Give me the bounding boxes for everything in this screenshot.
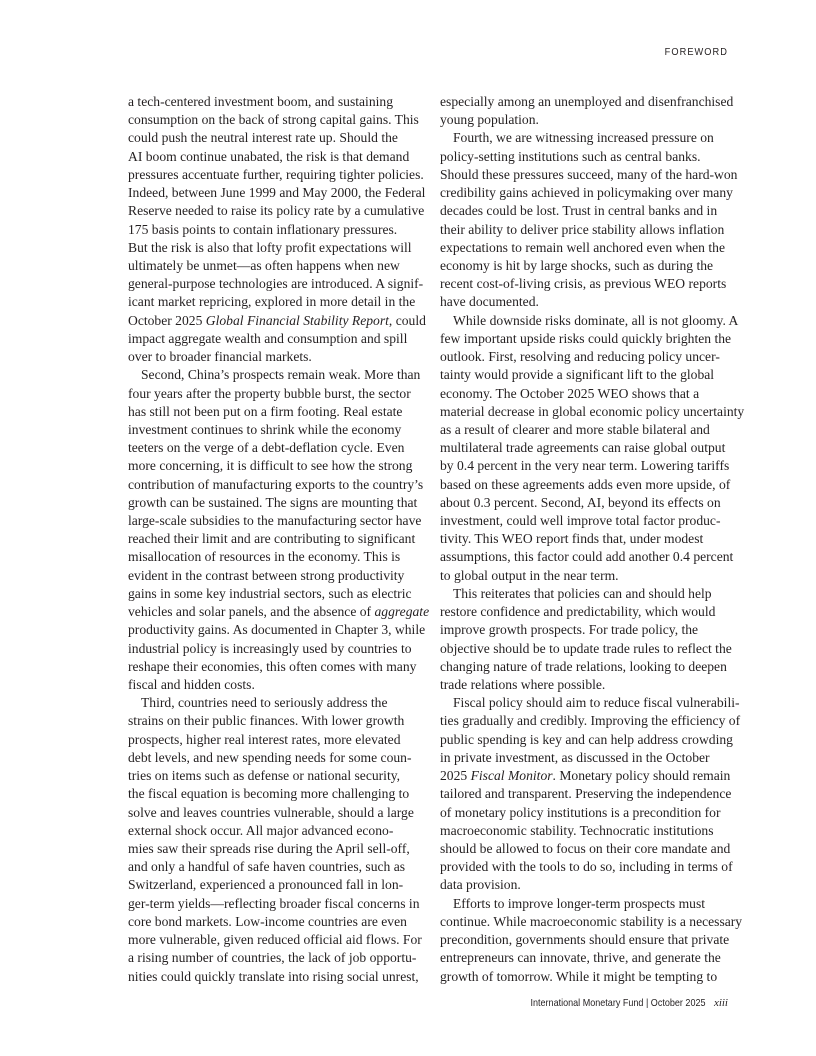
text-run: their ability to deliver price stability… — [440, 222, 724, 237]
text-line: should be allowed to focus on their core… — [440, 840, 740, 858]
text-line: vehicles and solar panels, and the absen… — [128, 603, 428, 621]
text-line: But the risk is also that lofty profit e… — [128, 239, 428, 257]
text-line: tries on items such as defense or nation… — [128, 767, 428, 785]
text-run: misallocation of resources in the econom… — [128, 549, 400, 564]
text-run: , could — [389, 313, 426, 328]
text-run: Fourth, we are witnessing increased pres… — [453, 130, 714, 145]
text-run: Should these pressures succeed, many of … — [440, 167, 737, 182]
text-run: few important upside risks could quickly… — [440, 331, 731, 346]
text-run: reached their limit and are contributing… — [128, 531, 415, 546]
text-run: should be allowed to focus on their core… — [440, 841, 730, 856]
text-line: prospects, higher real interest rates, m… — [128, 731, 428, 749]
text-line: changing nature of trade relations, look… — [440, 658, 740, 676]
text-run: multilateral trade agreements can raise … — [440, 440, 725, 455]
text-line: Indeed, between June 1999 and May 2000, … — [128, 184, 428, 202]
text-run: of monetary policy institutions is a pre… — [440, 805, 721, 820]
text-run: decades could be lost. Trust in central … — [440, 203, 717, 218]
text-line: productivity gains. As documented in Cha… — [128, 621, 428, 639]
text-run: outlook. First, resolving and reducing p… — [440, 349, 720, 364]
text-line: tainty would provide a significant lift … — [440, 366, 740, 384]
text-run: impact aggregate wealth and consumption … — [128, 331, 407, 346]
text-run: macroeconomic stability. Technocratic in… — [440, 823, 714, 838]
text-line: ties gradually and credibly. Improving t… — [440, 712, 740, 730]
text-line: nities could quickly translate into risi… — [128, 968, 428, 986]
text-line: Third, countries need to seriously addre… — [128, 694, 428, 712]
text-line: 175 basis points to contain inflationary… — [128, 221, 428, 239]
text-line: young population. — [440, 111, 740, 129]
text-run: Second, China’s prospects remain weak. M… — [141, 367, 420, 382]
text-line: public spending is key and can help addr… — [440, 731, 740, 749]
text-run: trade relations where possible. — [440, 677, 605, 692]
text-run: ultimately be unmet—as often happens whe… — [128, 258, 400, 273]
text-line: a rising number of countries, the lack o… — [128, 949, 428, 967]
text-line: objective should be to update trade rule… — [440, 640, 740, 658]
text-run: economy. The October 2025 WEO shows that… — [440, 386, 699, 401]
text-line: more concerning, it is difficult to see … — [128, 457, 428, 475]
text-run: have documented. — [440, 294, 539, 309]
body-column-left: a tech-centered investment boom, and sus… — [128, 93, 428, 986]
text-run: mies saw their spreads rise during the A… — [128, 841, 410, 856]
text-run: consumption on the back of strong capita… — [128, 112, 419, 127]
text-run: as a result of clearer and more stable b… — [440, 422, 710, 437]
text-run: growth can be sustained. The signs are m… — [128, 495, 417, 510]
text-run: based on these agreements adds even more… — [440, 477, 730, 492]
text-run: debt levels, and new spending needs for … — [128, 750, 412, 765]
text-run: prospects, higher real interest rates, m… — [128, 732, 401, 747]
text-line: Fiscal policy should aim to reduce fisca… — [440, 694, 740, 712]
text-line: as a result of clearer and more stable b… — [440, 421, 740, 439]
text-run: over to broader financial markets. — [128, 349, 312, 364]
text-line: Fourth, we are witnessing increased pres… — [440, 129, 740, 147]
text-run: precondition, governments should ensure … — [440, 932, 729, 947]
text-run: tailored and transparent. Preserving the… — [440, 786, 731, 801]
text-line: evident in the contrast between strong p… — [128, 567, 428, 585]
text-run: in private investment, as discussed in t… — [440, 750, 710, 765]
text-run: young population. — [440, 112, 539, 127]
text-line: about 0.3 percent. Second, AI, beyond it… — [440, 494, 740, 512]
text-line: 2025 Fiscal Monitor. Monetary policy sho… — [440, 767, 740, 785]
text-run: tries on items such as defense or nation… — [128, 768, 400, 783]
text-line: tivity. This WEO report finds that, unde… — [440, 530, 740, 548]
text-run: strains on their public finances. With l… — [128, 713, 404, 728]
text-line: Efforts to improve longer-term prospects… — [440, 895, 740, 913]
text-line: assumptions, this factor could add anoth… — [440, 548, 740, 566]
text-line: AI boom continue unabated, the risk is t… — [128, 148, 428, 166]
text-line: reached their limit and are contributing… — [128, 530, 428, 548]
text-line: a tech-centered investment boom, and sus… — [128, 93, 428, 111]
text-run: nities could quickly translate into risi… — [128, 969, 419, 984]
text-run: assumptions, this factor could add anoth… — [440, 549, 733, 564]
text-line: improve growth prospects. For trade poli… — [440, 621, 740, 639]
text-run: has still not been put on a firm footing… — [128, 404, 402, 419]
text-run: industrial policy is increasingly used b… — [128, 641, 412, 656]
text-line: more vulnerable, given reduced official … — [128, 931, 428, 949]
italic-title: aggregate — [374, 604, 429, 619]
text-run: more concerning, it is difficult to see … — [128, 458, 412, 473]
text-run: to global output in the near term. — [440, 568, 619, 583]
text-run: tivity. This WEO report finds that, unde… — [440, 531, 703, 546]
text-line: and only a handful of safe haven countri… — [128, 858, 428, 876]
text-line: Second, China’s prospects remain weak. M… — [128, 366, 428, 384]
text-run: credibility gains achieved in policymaki… — [440, 185, 733, 200]
text-run: public spending is key and can help addr… — [440, 732, 733, 747]
text-run: four years after the property bubble bur… — [128, 386, 411, 401]
text-line: This reiterates that policies can and sh… — [440, 585, 740, 603]
text-run: provided with the tools to do so, includ… — [440, 859, 733, 874]
text-run: especially among an unemployed and disen… — [440, 94, 733, 109]
text-line: core bond markets. Low-income countries … — [128, 913, 428, 931]
text-line: especially among an unemployed and disen… — [440, 93, 740, 111]
text-line: Reserve needed to raise its policy rate … — [128, 202, 428, 220]
page-number: xiii — [714, 997, 728, 1009]
text-run: a tech-centered investment boom, and sus… — [128, 94, 393, 109]
text-run: 2025 — [440, 768, 471, 783]
footer-source: International Monetary Fund | October 20… — [531, 997, 706, 1009]
text-run: pressures accentuate further, requiring … — [128, 167, 424, 182]
text-line: October 2025 Global Financial Stability … — [128, 312, 428, 330]
text-line: material decrease in global economic pol… — [440, 403, 740, 421]
text-run: material decrease in global economic pol… — [440, 404, 744, 419]
text-run: teeters on the verge of a debt-deflation… — [128, 440, 404, 455]
text-line: credibility gains achieved in policymaki… — [440, 184, 740, 202]
text-run: Switzerland, experienced a pronounced fa… — [128, 877, 403, 892]
text-line: entrepreneurs can innovate, thrive, and … — [440, 949, 740, 967]
text-run: fiscal and hidden costs. — [128, 677, 255, 692]
text-line: Should these pressures succeed, many of … — [440, 166, 740, 184]
text-line: industrial policy is increasingly used b… — [128, 640, 428, 658]
text-line: misallocation of resources in the econom… — [128, 548, 428, 566]
text-run: expectations to remain well anchored eve… — [440, 240, 725, 255]
text-line: While downside risks dominate, all is no… — [440, 312, 740, 330]
text-run: ger-term yields—reflecting broader fisca… — [128, 896, 420, 911]
text-line: restore confidence and predictability, w… — [440, 603, 740, 621]
text-line: trade relations where possible. — [440, 676, 740, 694]
text-run: . Monetary policy should remain — [553, 768, 731, 783]
text-run: a rising number of countries, the lack o… — [128, 950, 416, 965]
text-run: investment, could well improve total fac… — [440, 513, 720, 528]
text-run: core bond markets. Low-income countries … — [128, 914, 407, 929]
text-run: policy-setting institutions such as cent… — [440, 149, 701, 164]
text-line: consumption on the back of strong capita… — [128, 111, 428, 129]
text-line: large-scale subsidies to the manufacturi… — [128, 512, 428, 530]
text-line: fiscal and hidden costs. — [128, 676, 428, 694]
text-run: general-purpose technologies are introdu… — [128, 276, 423, 291]
text-run: improve growth prospects. For trade poli… — [440, 622, 698, 637]
text-line: growth can be sustained. The signs are m… — [128, 494, 428, 512]
text-line: Switzerland, experienced a pronounced fa… — [128, 876, 428, 894]
text-run: data provision. — [440, 877, 521, 892]
text-line: decades could be lost. Trust in central … — [440, 202, 740, 220]
text-line: policy-setting institutions such as cent… — [440, 148, 740, 166]
text-run: about 0.3 percent. Second, AI, beyond it… — [440, 495, 721, 510]
text-line: solve and leaves countries vulnerable, s… — [128, 804, 428, 822]
text-line: multilateral trade agreements can raise … — [440, 439, 740, 457]
text-run: restore confidence and predictability, w… — [440, 604, 715, 619]
text-run: vehicles and solar panels, and the absen… — [128, 604, 374, 619]
text-run: more vulnerable, given reduced official … — [128, 932, 422, 947]
text-line: strains on their public finances. With l… — [128, 712, 428, 730]
text-line: teeters on the verge of a debt-deflation… — [128, 439, 428, 457]
text-run: productivity gains. As documented in Cha… — [128, 622, 425, 637]
text-line: debt levels, and new spending needs for … — [128, 749, 428, 767]
text-run: gains in some key industrial sectors, su… — [128, 586, 412, 601]
text-run: the fiscal equation is becoming more cha… — [128, 786, 409, 801]
text-line: could push the neutral interest rate up.… — [128, 129, 428, 147]
text-line: economy. The October 2025 WEO shows that… — [440, 385, 740, 403]
text-run: by 0.4 percent in the very near term. Lo… — [440, 458, 729, 473]
text-line: economy is hit by large shocks, such as … — [440, 257, 740, 275]
body-column-right: especially among an unemployed and disen… — [440, 93, 740, 986]
text-line: macroeconomic stability. Technocratic in… — [440, 822, 740, 840]
text-line: have documented. — [440, 293, 740, 311]
text-run: Third, countries need to seriously addre… — [141, 695, 388, 710]
text-run: recent cost-of-living crisis, as previou… — [440, 276, 726, 291]
text-run: investment continues to shrink while the… — [128, 422, 401, 437]
text-line: growth of tomorrow. While it might be te… — [440, 968, 740, 986]
text-line: to global output in the near term. — [440, 567, 740, 585]
text-run: and only a handful of safe haven countri… — [128, 859, 405, 874]
text-run: growth of tomorrow. While it might be te… — [440, 969, 717, 984]
italic-title: Global Financial Stability Report — [206, 313, 389, 328]
text-line: precondition, governments should ensure … — [440, 931, 740, 949]
text-run: tainty would provide a significant lift … — [440, 367, 714, 382]
text-line: of monetary policy institutions is a pre… — [440, 804, 740, 822]
text-line: general-purpose technologies are introdu… — [128, 275, 428, 293]
text-run: economy is hit by large shocks, such as … — [440, 258, 713, 273]
text-line: pressures accentuate further, requiring … — [128, 166, 428, 184]
text-run: ties gradually and credibly. Improving t… — [440, 713, 740, 728]
text-run: objective should be to update trade rule… — [440, 641, 732, 656]
text-run: could push the neutral interest rate up.… — [128, 130, 398, 145]
italic-title: Fiscal Monitor — [471, 768, 553, 783]
section-header: FOREWORD — [665, 46, 728, 58]
text-line: outlook. First, resolving and reducing p… — [440, 348, 740, 366]
text-line: continue. While macroeconomic stability … — [440, 913, 740, 931]
text-line: impact aggregate wealth and consumption … — [128, 330, 428, 348]
text-line: tailored and transparent. Preserving the… — [440, 785, 740, 803]
text-line: the fiscal equation is becoming more cha… — [128, 785, 428, 803]
text-run: Indeed, between June 1999 and May 2000, … — [128, 185, 425, 200]
text-run: entrepreneurs can innovate, thrive, and … — [440, 950, 721, 965]
text-run: evident in the contrast between strong p… — [128, 568, 404, 583]
text-line: reshape their economies, this often come… — [128, 658, 428, 676]
text-line: investment continues to shrink while the… — [128, 421, 428, 439]
text-line: investment, could well improve total fac… — [440, 512, 740, 530]
text-run: continue. While macroeconomic stability … — [440, 914, 742, 929]
text-run: October 2025 — [128, 313, 206, 328]
text-run: solve and leaves countries vulnerable, s… — [128, 805, 414, 820]
text-line: external shock occur. All major advanced… — [128, 822, 428, 840]
text-line: expectations to remain well anchored eve… — [440, 239, 740, 257]
text-run: 175 basis points to contain inflationary… — [128, 222, 397, 237]
text-line: their ability to deliver price stability… — [440, 221, 740, 239]
text-line: has still not been put on a firm footing… — [128, 403, 428, 421]
text-run: changing nature of trade relations, look… — [440, 659, 727, 674]
text-line: few important upside risks could quickly… — [440, 330, 740, 348]
text-run: external shock occur. All major advanced… — [128, 823, 393, 838]
text-run: Efforts to improve longer-term prospects… — [453, 896, 705, 911]
text-run: large-scale subsidies to the manufacturi… — [128, 513, 421, 528]
text-line: in private investment, as discussed in t… — [440, 749, 740, 767]
text-run: But the risk is also that lofty profit e… — [128, 240, 412, 255]
text-line: recent cost-of-living crisis, as previou… — [440, 275, 740, 293]
text-line: provided with the tools to do so, includ… — [440, 858, 740, 876]
text-line: icant market repricing, explored in more… — [128, 293, 428, 311]
text-line: based on these agreements adds even more… — [440, 476, 740, 494]
text-run: AI boom continue unabated, the risk is t… — [128, 149, 409, 164]
text-line: contribution of manufacturing exports to… — [128, 476, 428, 494]
text-run: Fiscal policy should aim to reduce fisca… — [453, 695, 740, 710]
text-run: icant market repricing, explored in more… — [128, 294, 415, 309]
text-line: over to broader financial markets. — [128, 348, 428, 366]
text-run: reshape their economies, this often come… — [128, 659, 416, 674]
text-line: data provision. — [440, 876, 740, 894]
text-line: gains in some key industrial sectors, su… — [128, 585, 428, 603]
text-run: While downside risks dominate, all is no… — [453, 313, 738, 328]
text-line: four years after the property bubble bur… — [128, 385, 428, 403]
text-line: by 0.4 percent in the very near term. Lo… — [440, 457, 740, 475]
text-run: Reserve needed to raise its policy rate … — [128, 203, 424, 218]
text-run: contribution of manufacturing exports to… — [128, 477, 423, 492]
text-run: This reiterates that policies can and sh… — [453, 586, 712, 601]
text-line: ger-term yields—reflecting broader fisca… — [128, 895, 428, 913]
text-line: ultimately be unmet—as often happens whe… — [128, 257, 428, 275]
text-line: mies saw their spreads rise during the A… — [128, 840, 428, 858]
